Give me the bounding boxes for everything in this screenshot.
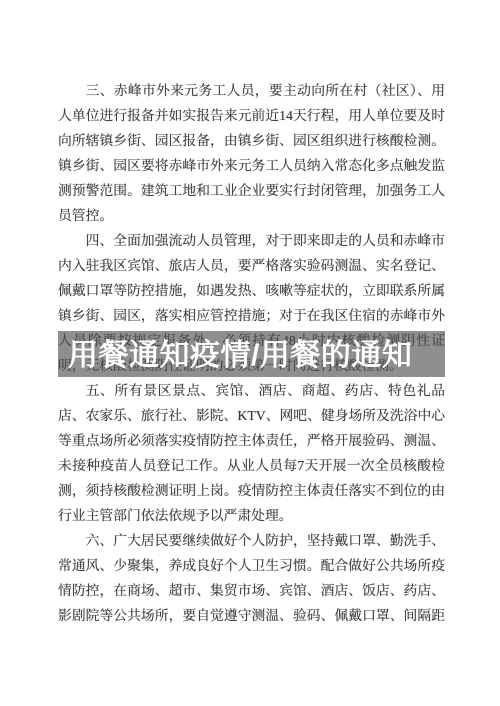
- doc-line: 行业主管部门依法依规予以严肃处理。: [58, 503, 445, 528]
- watermark-title: 用餐通知疫情/用餐的通知: [58, 330, 412, 374]
- doc-line: 店、农家乐、旅行社、影院、KTV、网吧、健身场所及洗浴中心: [58, 403, 445, 428]
- doc-line: 四、全面加强流动人员管理，对于即来即走的人员和赤峰市: [58, 228, 445, 253]
- doc-line: 镇乡街、园区，落实相应管控措施；对于在我区住宿的赤峰市外: [58, 303, 445, 328]
- doc-line: 等重点场所必须落实疫情防控主体责任，严格开展验码、测温、: [58, 428, 445, 453]
- doc-line: 镇乡街、园区要将赤峰市外来元务工人员纳入常态化多点触发监: [58, 153, 445, 178]
- doc-line: 内入驻我区宾馆、旅店人员，要严格落实验码测温、实名登记、: [58, 253, 445, 278]
- doc-line: 佩戴口罩等防控措施，如遇发热、咳嗽等症状的，立即联系所属: [58, 278, 445, 303]
- doc-line: 五、所有景区景点、宾馆、酒店、商超、药店、特色礼品: [58, 378, 445, 403]
- doc-line: 向所辖镇乡街、园区报备，由镇乡街、园区组织进行核酸检测。: [58, 128, 445, 153]
- doc-line: 测预警范围。建筑工地和工业企业要实行封闭管理，加强务工人: [58, 178, 445, 203]
- doc-line: 三、赤峰市外来元务工人员，要主动向所在村（社区）、用: [58, 78, 445, 103]
- doc-line: 影剧院等公共场所，要自觉遵守测温、验码、佩戴口罩、间隔距: [58, 603, 445, 628]
- doc-line: 测，须持核酸检测证明上岗。疫情防控主体责任落实不到位的由: [58, 478, 445, 503]
- doc-line: 未接种疫苗人员登记工作。从业人员每7天开展一次全员核酸检: [58, 453, 445, 478]
- doc-line: 员管控。: [58, 203, 445, 228]
- doc-line: 情防控，在商场、超市、集贸市场、宾馆、酒店、饭店、药店、: [58, 578, 445, 603]
- doc-line: 人单位进行报备并如实报告来元前近14天行程，用人单位要及时: [58, 103, 445, 128]
- doc-line: 常通风、少聚集，养成良好个人卫生习惯。配合做好公共场所疫: [58, 553, 445, 578]
- watermark-band: 用餐通知疫情/用餐的通知: [58, 331, 445, 377]
- scanned-document-page: 三、赤峰市外来元务工人员，要主动向所在村（社区）、用 人单位进行报备并如实报告来…: [0, 0, 500, 706]
- doc-line: 六、广大居民要继续做好个人防护，坚持戴口罩、勤洗手、: [58, 528, 445, 553]
